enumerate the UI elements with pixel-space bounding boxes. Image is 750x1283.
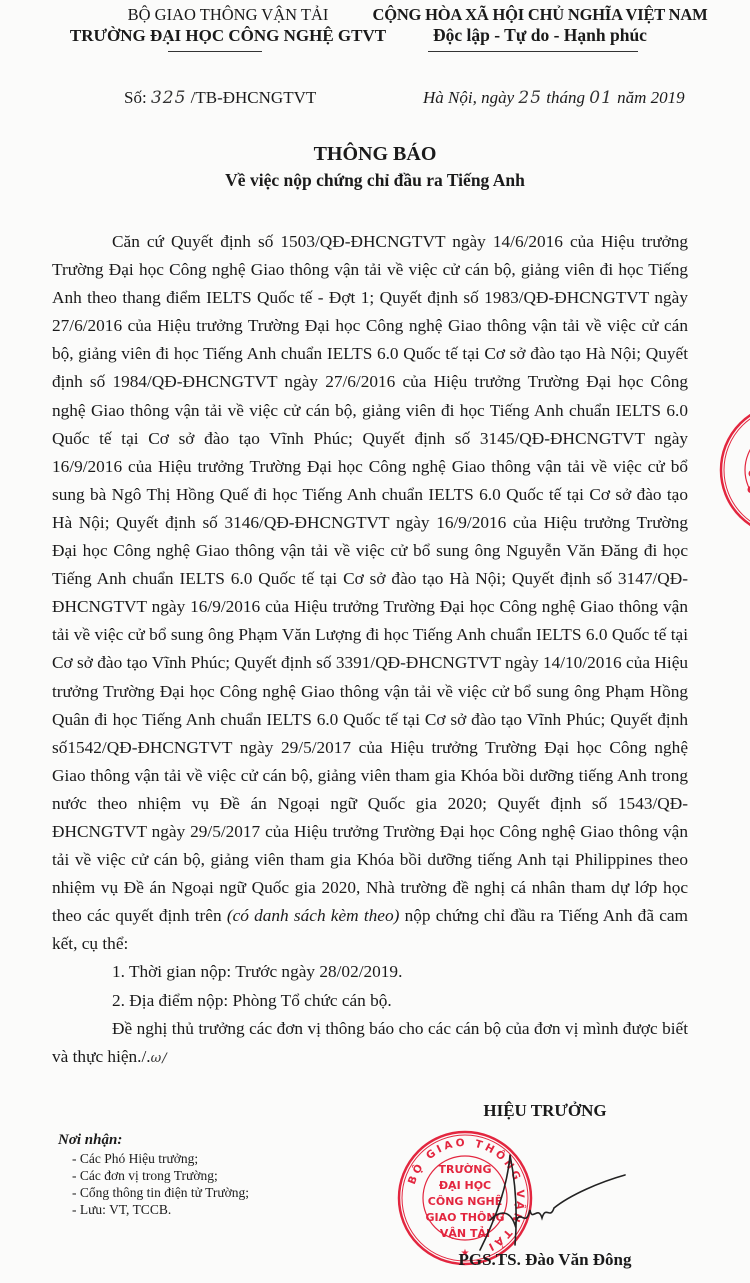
- issuer-underline: [168, 51, 262, 52]
- closing-paragraph: Đề nghị thủ trưởng các đơn vị thông báo …: [52, 1015, 688, 1073]
- ministry-name: BỘ GIAO THÔNG VẬN TẢI: [68, 4, 388, 25]
- signer-name: PGS.TS. Đào Văn Đông: [440, 1250, 650, 1270]
- school-name: TRƯỜNG ĐẠI HỌC CÔNG NGHỆ GTVT: [68, 25, 388, 46]
- issuer-header: BỘ GIAO THÔNG VẬN TẢI TRƯỜNG ĐẠI HỌC CÔN…: [68, 4, 388, 46]
- handwritten-month: 01: [589, 88, 613, 108]
- body-paragraph: Căn cứ Quyết định số 1503/QĐ-ĐHCNGTVT ng…: [52, 228, 688, 958]
- recipients-label: Nơi nhận:: [58, 1132, 249, 1149]
- motto-underline: [428, 51, 638, 52]
- list-item: 1. Thời gian nộp: Trước ngày 28/02/2019.: [52, 958, 688, 986]
- handwritten-number: 325: [151, 88, 186, 108]
- signer-title: HIỆU TRƯỞNG: [440, 1101, 650, 1121]
- document-body: Căn cứ Quyết định số 1503/QĐ-ĐHCNGTVT ng…: [52, 228, 688, 1073]
- recipients-block: Nơi nhận: - Các Phó Hiệu trưởng; - Các đ…: [58, 1132, 249, 1218]
- italic-note: (có danh sách kèm theo): [227, 906, 400, 925]
- partial-stamp-icon: T Đ CÔ GIA V: [712, 395, 750, 545]
- closing-mark: ω/: [151, 1051, 168, 1066]
- recipient-item: - Các Phó Hiệu trưởng;: [58, 1150, 249, 1167]
- recipient-item: - Lưu: VT, TCCB.: [58, 1201, 249, 1218]
- national-motto: Độc lập - Tự do - Hạnh phúc: [360, 25, 720, 46]
- handwritten-signature-icon: [470, 1150, 630, 1260]
- recipient-item: - Cổng thông tin điện tử Trường;: [58, 1184, 249, 1201]
- national-header: CỘNG HÒA XÃ HỘI CHỦ NGHĨA VIỆT NAM Độc l…: [360, 4, 720, 46]
- recipient-item: - Các đơn vị trong Trường;: [58, 1167, 249, 1184]
- document-subtitle: Về việc nộp chứng chỉ đầu ra Tiếng Anh: [0, 170, 750, 191]
- list-item: 2. Địa điểm nộp: Phòng Tổ chức cán bộ.: [52, 987, 688, 1015]
- country-name: CỘNG HÒA XÃ HỘI CHỦ NGHĨA VIỆT NAM: [360, 4, 720, 25]
- handwritten-day: 25: [518, 88, 542, 108]
- document-title: THÔNG BÁO: [0, 143, 750, 166]
- document-number: Số: 325 /TB-ĐHCNGTVT: [124, 88, 316, 108]
- date-line: Hà Nội, ngày 25 tháng 01 năm 2019: [423, 88, 685, 108]
